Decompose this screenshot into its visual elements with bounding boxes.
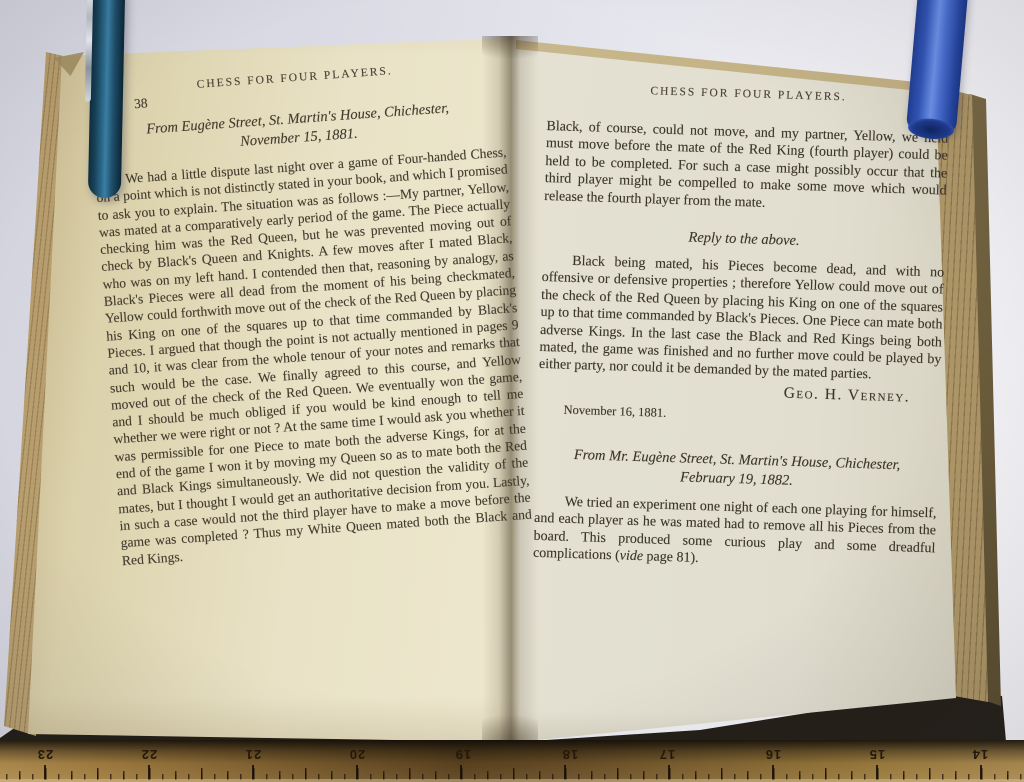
reply-heading: Reply to the above. [543,225,945,255]
ruler-number: 23 [32,747,58,762]
wooden-ruler: 23 22 21 20 19 18 17 16 15 14 [0,740,1024,782]
second-letter-body: We tried an experiment one night of each… [533,493,937,575]
second-letter-text-end: page 81). [643,549,699,566]
ruler-number: 17 [654,747,680,762]
pen-clip [85,0,93,102]
second-letter-text: We tried an experiment one night of each… [533,495,937,564]
book-photo-scene: 38 CHESS FOR FOUR PLAYERS. From Eugène S… [0,0,1024,782]
ruler-number: 19 [450,747,476,762]
ruler-number: 18 [557,747,583,762]
ruler-inch-ticks [0,765,1024,780]
left-page-content: 38 CHESS FOR FOUR PLAYERS. From Eugène S… [89,54,534,569]
page-number: 38 [134,95,149,112]
reply-body: Black being mated, his Pieces become dea… [539,252,945,386]
ruler-number: 14 [967,747,993,762]
ruler-number: 20 [344,747,370,762]
date-line: November 16, 1881. [563,403,939,430]
ruler-number: 15 [864,747,890,762]
ruler-number: 22 [136,747,162,762]
ruler-number: 21 [240,747,266,762]
right-page-content: CHESS FOR FOUR PLAYERS. 39 Black, of cou… [533,78,950,575]
vide-italic: vide [619,549,643,565]
second-letter-heading: From Mr. Eugène Street, St. Martin's Hou… [535,445,938,496]
letter-body: We had a little dispute last night over … [95,143,534,569]
dark-blue-pen [88,0,125,198]
ruler-number: 16 [760,747,786,762]
letter-continuation: Black, of course, could not move, and my… [544,118,949,218]
